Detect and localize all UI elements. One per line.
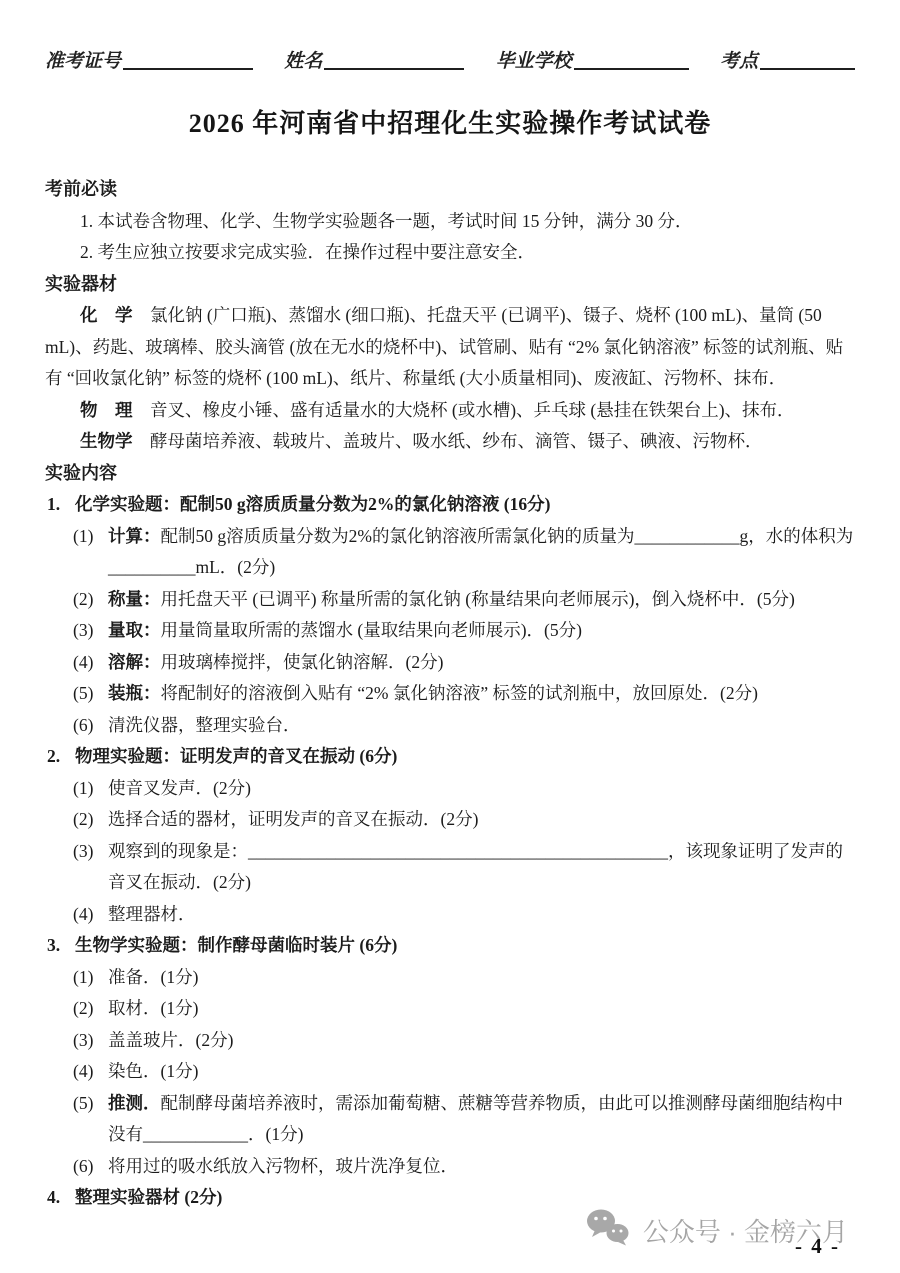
page-number: - 4 - [795,1234,840,1259]
blank-line [574,66,689,70]
field-name: 姓名 [284,46,464,73]
header-fields-row: 准考证号 姓名 毕业学校 考点 [45,46,855,73]
subitem-marker: (5) [73,678,93,710]
subitem-marker: (4) [73,1056,93,1088]
question-marker: 2. [47,741,60,773]
subitem-text: 将配制好的溶液倒入贴有 “2% 氯化钠溶液” 标签的试剂瓶中，放回原处．(2分) [161,683,758,703]
field-name-label: 姓名 [284,51,322,72]
subitem-text: 整理器材． [108,904,196,924]
wechat-icon [585,1208,631,1253]
question-title-text: 生物学实验题：制作酵母菌临时装片 (6分) [75,935,397,955]
subitem-text: 用玻璃棒搅拌，使氯化钠溶解．(2分) [161,652,444,672]
subitem-step-label: 装瓶： [108,683,161,703]
question-title-biology: 3.生物学实验题：制作酵母菌临时装片 (6分) [45,930,855,962]
field-exam-number-label: 准考证号 [45,51,121,72]
subitem-step-label: 量取： [108,620,161,640]
exam-paper-page: 准考证号 姓名 毕业学校 考点 2026 年河南省中招理化生实验操作考试试卷 考… [0,0,900,1273]
equipment-physics: 物 理 音叉、橡皮小锤、盛有适量水的大烧杯 (或水槽)、乒乓球 (悬挂在铁架台上… [45,395,855,427]
question-marker: 3. [47,930,60,962]
subitem-text: 准备．(1分) [108,967,198,987]
subitem-step-label: 计算： [108,526,161,546]
subitem-marker: (3) [73,1025,93,1057]
subitem-marker: (4) [73,899,93,931]
question-subitem: (3)观察到的现象是：_____________________________… [45,836,855,899]
question-subitem: (1)计算：配制50 g溶质质量分数为2%的氯化钠溶液所需氯化钠的质量为____… [45,521,855,584]
question-subitem: (2)选择合适的器材，证明发声的音叉在振动．(2分) [45,804,855,836]
subitem-marker: (6) [73,710,93,742]
subitem-text: 使音叉发声．(2分) [108,778,251,798]
subitem-marker: (3) [73,615,93,647]
equipment-chemistry-text: 氯化钠 (广口瓶)、蒸馏水 (细口瓶)、托盘天平 (已调平)、镊子、烧杯 (10… [45,305,843,388]
notice-item: 2. 考生应独立按要求完成实验．在操作过程中要注意安全． [45,237,855,269]
field-site: 考点 [720,46,855,73]
question-subitem: (1)准备．(1分) [45,962,855,994]
subitem-marker: (2) [73,993,93,1025]
exam-title: 2026 年河南省中招理化生实验操作考试试卷 [45,103,855,140]
question-subitem: (4)溶解：用玻璃棒搅拌，使氯化钠溶解．(2分) [45,647,855,679]
subitem-text: 用托盘天平 (已调平) 称量所需的氯化钠 (称量结果向老师展示)，倒入烧杯中．(… [161,589,795,609]
question-subitem: (4)染色．(1分) [45,1056,855,1088]
subitem-text: 配制酵母菌培养液时，需添加葡萄糖、蔗糖等营养物质，由此可以推测酵母菌细胞结构中没… [108,1093,843,1145]
subitem-text: 清洗仪器，整理实验台． [108,715,301,735]
question-title-physics: 2.物理实验题：证明发声的音叉在振动 (6分) [45,741,855,773]
subitem-marker: (1) [73,773,93,805]
field-exam-number: 准考证号 [45,46,253,73]
equipment-biology: 生物学 酵母菌培养液、载玻片、盖玻片、吸水纸、纱布、滴管、镊子、碘液、污物杯． [45,426,855,458]
question-marker: 1. [47,489,60,521]
exam-body: 考前必读 1. 本试卷含物理、化学、生物学实验题各一题，考试时间 15 分钟，满… [45,174,855,1214]
subitem-text: 将用过的吸水纸放入污物杯，玻片洗净复位． [108,1156,458,1176]
question-subitem: (4)整理器材． [45,899,855,931]
blank-line [760,66,855,70]
question-subitem: (1)使音叉发声．(2分) [45,773,855,805]
question-title-text: 化学实验题：配制50 g溶质质量分数为2%的氯化钠溶液 (16分) [75,494,550,514]
subitem-step-label: 溶解： [108,652,161,672]
question-subitem: (6)清洗仪器，整理实验台． [45,710,855,742]
equipment-physics-label: 物 理 [80,400,150,420]
field-school: 毕业学校 [496,46,689,73]
equipment-chemistry: 化 学 氯化钠 (广口瓶)、蒸馏水 (细口瓶)、托盘天平 (已调平)、镊子、烧杯… [45,300,855,395]
notice-item: 1. 本试卷含物理、化学、生物学实验题各一题，考试时间 15 分钟，满分 30 … [45,206,855,238]
question-subitem: (2)取材．(1分) [45,993,855,1025]
section-heading-notice: 考前必读 [45,174,855,206]
field-site-label: 考点 [720,51,758,72]
blank-line [123,66,253,70]
equipment-biology-text: 酵母菌培养液、载玻片、盖玻片、吸水纸、纱布、滴管、镊子、碘液、污物杯． [150,431,763,451]
subitem-marker: (6) [73,1151,93,1183]
subitem-text: 观察到的现象是：________________________________… [108,841,843,893]
question-title-chemistry: 1.化学实验题：配制50 g溶质质量分数为2%的氯化钠溶液 (16分) [45,489,855,521]
question-subitem: (6)将用过的吸水纸放入污物杯，玻片洗净复位． [45,1151,855,1183]
subitem-marker: (1) [73,962,93,994]
subitem-step-label: 称量： [108,589,161,609]
subitem-text: 盖盖玻片．(2分) [108,1030,233,1050]
question-marker: 4. [47,1182,60,1214]
equipment-physics-text: 音叉、橡皮小锤、盛有适量水的大烧杯 (或水槽)、乒乓球 (悬挂在铁架台上)、抹布… [150,400,795,420]
field-school-label: 毕业学校 [496,51,572,72]
question-title-text: 物理实验题：证明发声的音叉在振动 (6分) [75,746,397,766]
question-subitem: (3)量取：用量筒量取所需的蒸馏水 (量取结果向老师展示)．(5分) [45,615,855,647]
subitem-marker: (4) [73,647,93,679]
subitem-marker: (2) [73,584,93,616]
equipment-chemistry-label: 化 学 [80,305,150,325]
subitem-text: 选择合适的器材，证明发声的音叉在振动．(2分) [108,809,478,829]
subitem-marker: (5) [73,1088,93,1120]
question-subitem: (2)称量：用托盘天平 (已调平) 称量所需的氯化钠 (称量结果向老师展示)，倒… [45,584,855,616]
subitem-marker: (2) [73,804,93,836]
question-subitem: (5)推测．配制酵母菌培养液时，需添加葡萄糖、蔗糖等营养物质，由此可以推测酵母菌… [45,1088,855,1151]
section-heading-content: 实验内容 [45,458,855,490]
section-heading-equipment: 实验器材 [45,269,855,301]
subitem-marker: (3) [73,836,93,868]
subitem-marker: (1) [73,521,93,553]
subitem-text: 配制50 g溶质质量分数为2%的氯化钠溶液所需氯化钠的质量为__________… [108,526,853,578]
question-title-text: 整理实验器材 (2分) [75,1187,222,1207]
question-subitem: (3)盖盖玻片．(2分) [45,1025,855,1057]
blank-line [324,66,464,70]
subitem-text: 染色．(1分) [108,1061,198,1081]
equipment-biology-label: 生物学 [80,431,150,451]
subitem-text: 取材．(1分) [108,998,198,1018]
subitem-text: 用量筒量取所需的蒸馏水 (量取结果向老师展示)．(5分) [161,620,582,640]
question-subitem: (5)装瓶：将配制好的溶液倒入贴有 “2% 氯化钠溶液” 标签的试剂瓶中，放回原… [45,678,855,710]
subitem-step-label: 推测． [108,1093,161,1113]
